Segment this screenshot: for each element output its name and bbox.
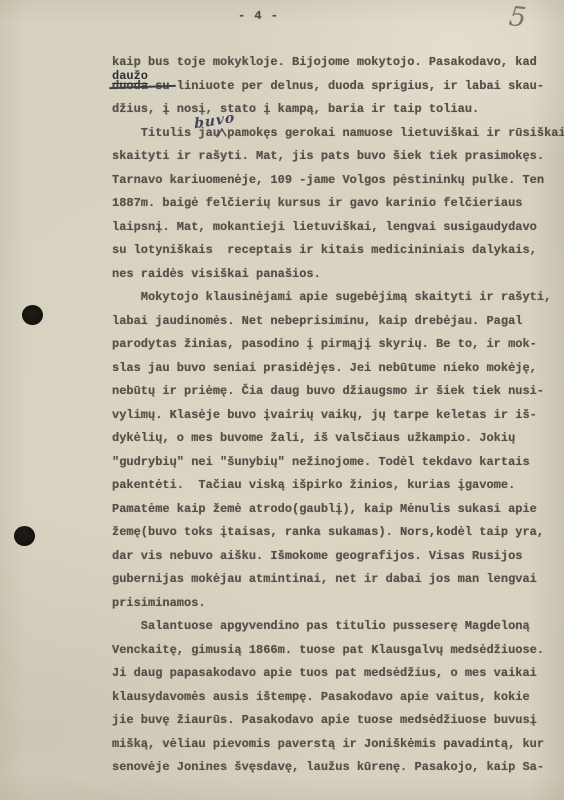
- typed-line: jie buvę žiaurūs. Pasakodavo apie tuose …: [112, 709, 552, 733]
- typed-line: duoda su liniuote per delnus, duoda spri…: [112, 75, 552, 99]
- typed-line: skaityti ir rašyti. Mat, jis pats buvo š…: [112, 145, 552, 169]
- typed-line: pakentėti. Tačiau viską išpirko žinios, …: [112, 474, 552, 498]
- typed-line: senovėje Jonines švęsdavę, laužus kūrenę…: [112, 756, 552, 780]
- typed-line: prisiminamos.: [112, 592, 552, 616]
- header-page-number: - 4 -: [238, 9, 279, 23]
- punch-hole-top: [22, 305, 43, 325]
- typed-line: žemę(buvo toks įtaisas, ranka sukamas). …: [112, 521, 552, 545]
- punch-hole-bottom: [14, 526, 35, 546]
- typed-line: Venckaitę, gimusią 1866m. tuose pat Klau…: [112, 639, 552, 663]
- typed-line: dykėlių, o mes buvome žali, iš valsčiaus…: [112, 427, 552, 451]
- typed-line: Salantuose apgyvendino pas titulio pusse…: [112, 615, 552, 639]
- typed-line: laipsnį. Mat, mokantieji lietuviškai, le…: [112, 216, 552, 240]
- typed-line: kaip bus toje mokykloje. Bijojome mokyto…: [112, 51, 552, 75]
- typed-line: Tarnavo kariuomenėje, 109 -jame Volgos p…: [112, 169, 552, 193]
- typed-line: Mokytojo klausinėjami apie sugebėjimą sk…: [112, 286, 552, 310]
- scanned-typewritten-page: - 4 - 5 daužo buvo kaip bus toje mokyklo…: [0, 0, 564, 800]
- typed-line: nes raidės visiškai panašios.: [112, 263, 552, 287]
- typed-line: "gudrybių" nei "šunybių" nežinojome. Tod…: [112, 451, 552, 475]
- typed-line: dar vis nebuvo aišku. Išmokome geografij…: [112, 545, 552, 569]
- typed-line: vylimų. Klasėje buvo įvairių vaikų, jų t…: [112, 404, 552, 428]
- typed-line: džius, į nosį, stato į kampą, baria ir t…: [112, 98, 552, 122]
- handwritten-page-number: 5: [507, 1, 527, 34]
- typed-correction-word: daužo: [112, 69, 148, 84]
- typed-line: gubernijas mokėjau atmintinai, net ir da…: [112, 568, 552, 592]
- typed-line: mišką, vėliau pievomis paverstą ir Joniš…: [112, 733, 552, 757]
- typed-line: Pamatėme kaip žemė atrodo(gaublį), kaip …: [112, 498, 552, 522]
- typed-line: nebūtų ir priėmę. Čia daug buvo džiaugsm…: [112, 380, 552, 404]
- typed-line: klausydavomės ausis ištempę. Pasakodavo …: [112, 686, 552, 710]
- typed-text-block: kaip bus toje mokykloje. Bijojome mokyto…: [112, 51, 552, 780]
- typed-line: Ji daug papasakodavo apie tuos pat medsė…: [112, 662, 552, 686]
- typed-line: Titulis jau pamokęs gerokai namuose liet…: [112, 122, 552, 146]
- typed-line: 1887m. baigė felčierių kursus ir gavo ka…: [112, 192, 552, 216]
- typed-line: labai jaudinomės. Net nebeprisiminu, kai…: [112, 310, 552, 334]
- typed-line: parodytas žinias, pasodino į pirmąjį sky…: [112, 333, 552, 357]
- insertion-caret-icon: [216, 128, 228, 138]
- typed-line: su lotyniškais receptais ir kitais medic…: [112, 239, 552, 263]
- typed-line: slas jau buvo seniai prasidėjęs. Jei neb…: [112, 357, 552, 381]
